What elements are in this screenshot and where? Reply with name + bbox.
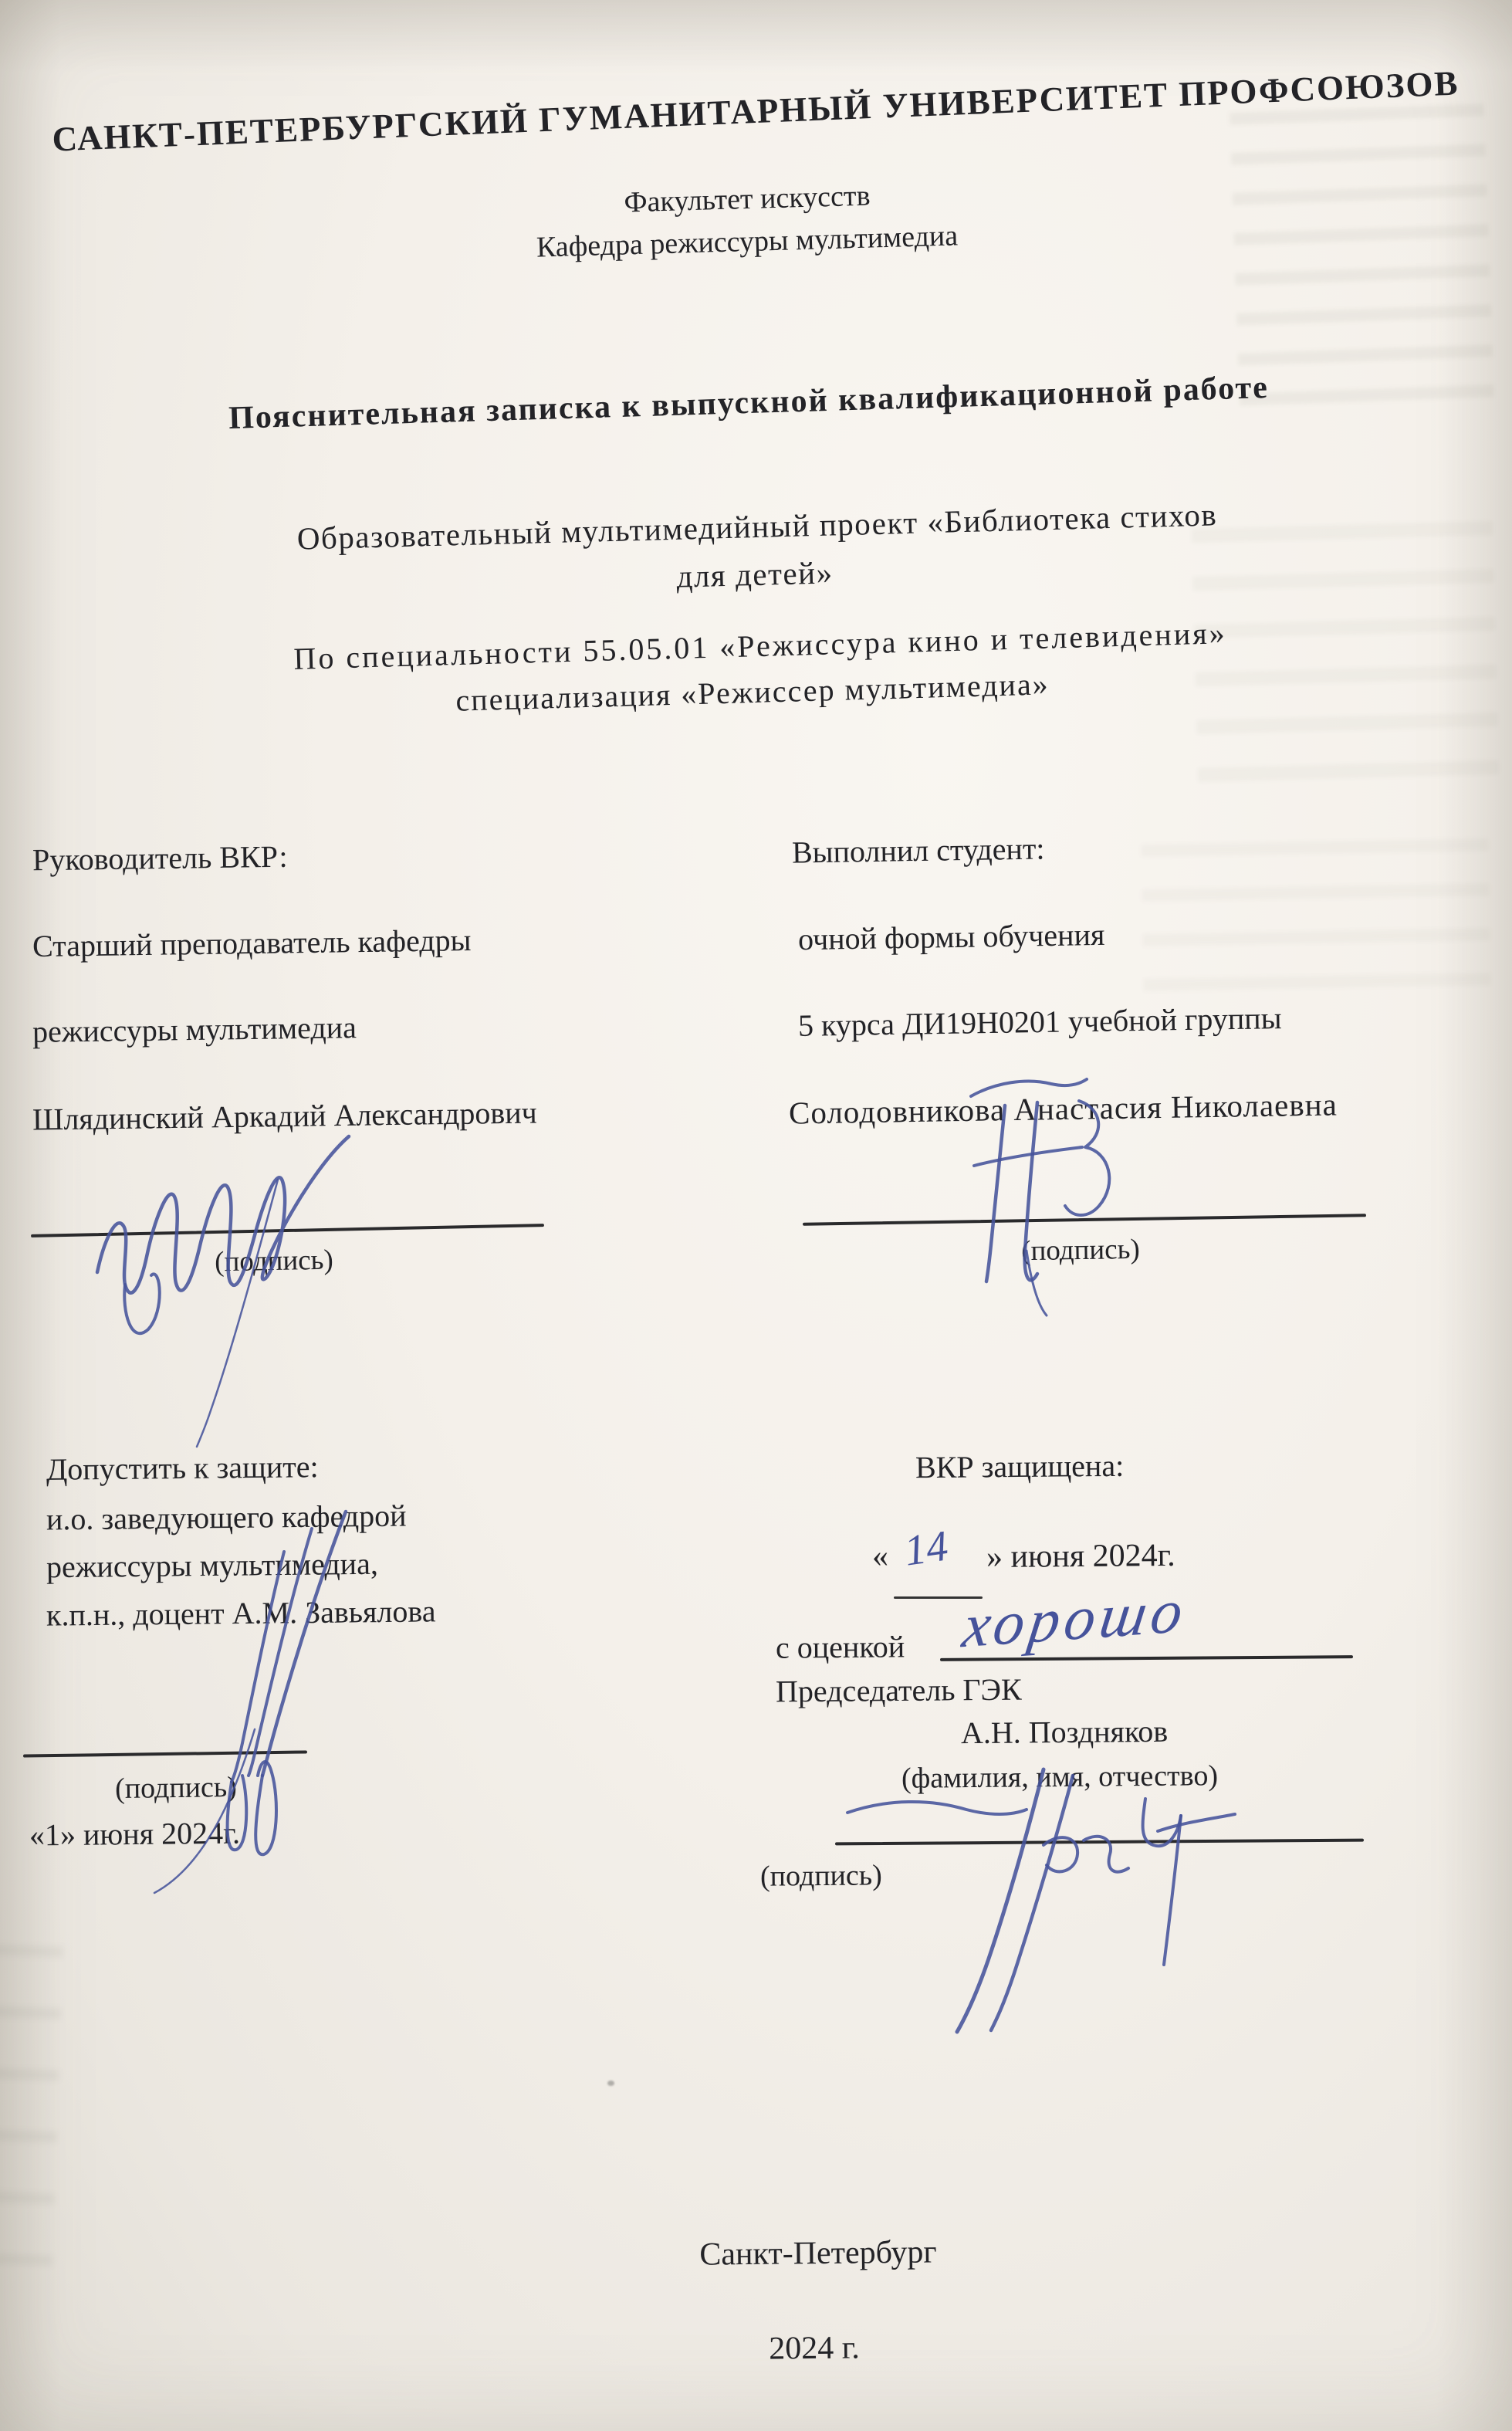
defense-date-open-quote: « (872, 1538, 888, 1575)
student-label: Выполнил студент: (792, 830, 1045, 870)
student-name: Солодовникова Анастасия Николаевна (789, 1085, 1338, 1131)
defense-chairman-name: А.Н. Поздняков (961, 1713, 1169, 1751)
supervisor-position-line1: Старший преподаватель кафедры (32, 922, 472, 964)
defense-date-day-handwritten: 14 (901, 1521, 951, 1576)
admission-line3: режиссуры мультимедиа, (46, 1546, 378, 1585)
bleed-through-mid-right (1192, 521, 1500, 784)
defense-grade-label: с оценкой (776, 1628, 905, 1665)
admission-line2: и.о. заведующего кафедрой (46, 1498, 407, 1538)
defense-signature-caption: (подпись) (760, 1858, 882, 1893)
defense-chairman-label: Председатель ГЭК (776, 1671, 1022, 1710)
admission-line1: Допустить к защите: (46, 1448, 319, 1488)
student-study-form: очной формы обучения (798, 916, 1105, 957)
admission-line4: к.п.н., доцент А.М. Завьялова (46, 1593, 436, 1633)
student-group: 5 курса ДИ19Н0201 учебной группы (798, 1000, 1282, 1044)
defense-date-rest: » июня 2024г. (986, 1537, 1175, 1576)
supervisor-signature-line (31, 1224, 544, 1238)
defense-signature-line (835, 1839, 1364, 1846)
faculty-line: Факультет искусств (624, 179, 871, 220)
supervisor-name: Шлядинский Аркадий Александрович (32, 1094, 537, 1137)
bleed-through-right-column (1141, 838, 1490, 999)
defense-fio-caption: (фамилия, имя, отчество) (901, 1759, 1218, 1796)
supervisor-label: Руководитель ВКР: (32, 838, 288, 879)
specialty-line1: По специальности 55.05.01 «Режиссура кин… (293, 615, 1227, 677)
paper-speck (607, 2081, 614, 2086)
admission-signature-caption: (подпись) (115, 1770, 237, 1806)
scanned-thesis-title-page: САНКТ-ПЕТЕРБУРГСКИЙ ГУМАНИТАРНЫЙ УНИВЕРС… (0, 0, 1512, 2431)
student-signature-line (803, 1214, 1366, 1225)
bleed-through-left-edge (0, 1945, 63, 2302)
supervisor-signature-caption: (подпись) (215, 1244, 333, 1279)
project-title-line1: Образовательный мультимедийный проект «Б… (296, 496, 1218, 557)
document-title: Пояснительная записка к выпускной квалиф… (228, 369, 1269, 437)
supervisor-signature (97, 1136, 349, 1447)
project-title-line2: для детей» (676, 554, 834, 594)
department-line: Кафедра режиссуры мультимедиа (536, 218, 958, 264)
defense-grade-handwritten: хорошо (959, 1576, 1192, 1662)
footer-year: 2024 г. (769, 2329, 860, 2367)
supervisor-position-line2: режиссуры мультимедиа (32, 1009, 357, 1050)
footer-city: Санкт-Петербург (699, 2233, 937, 2273)
defense-title: ВКР защищена: (915, 1447, 1125, 1485)
bleed-through-top-right (1230, 103, 1495, 428)
specialty-line2: специализация «Режиссер мультимедиа» (455, 665, 1050, 718)
university-name: САНКТ-ПЕТЕРБУРГСКИЙ ГУМАНИТАРНЫЙ УНИВЕРС… (52, 63, 1460, 159)
admission-date: «1» июня 2024г. (29, 1815, 240, 1854)
chairman-signature (847, 1769, 1235, 2032)
admission-signature-line (23, 1750, 307, 1757)
student-signature-caption: (подпись) (1021, 1233, 1140, 1268)
